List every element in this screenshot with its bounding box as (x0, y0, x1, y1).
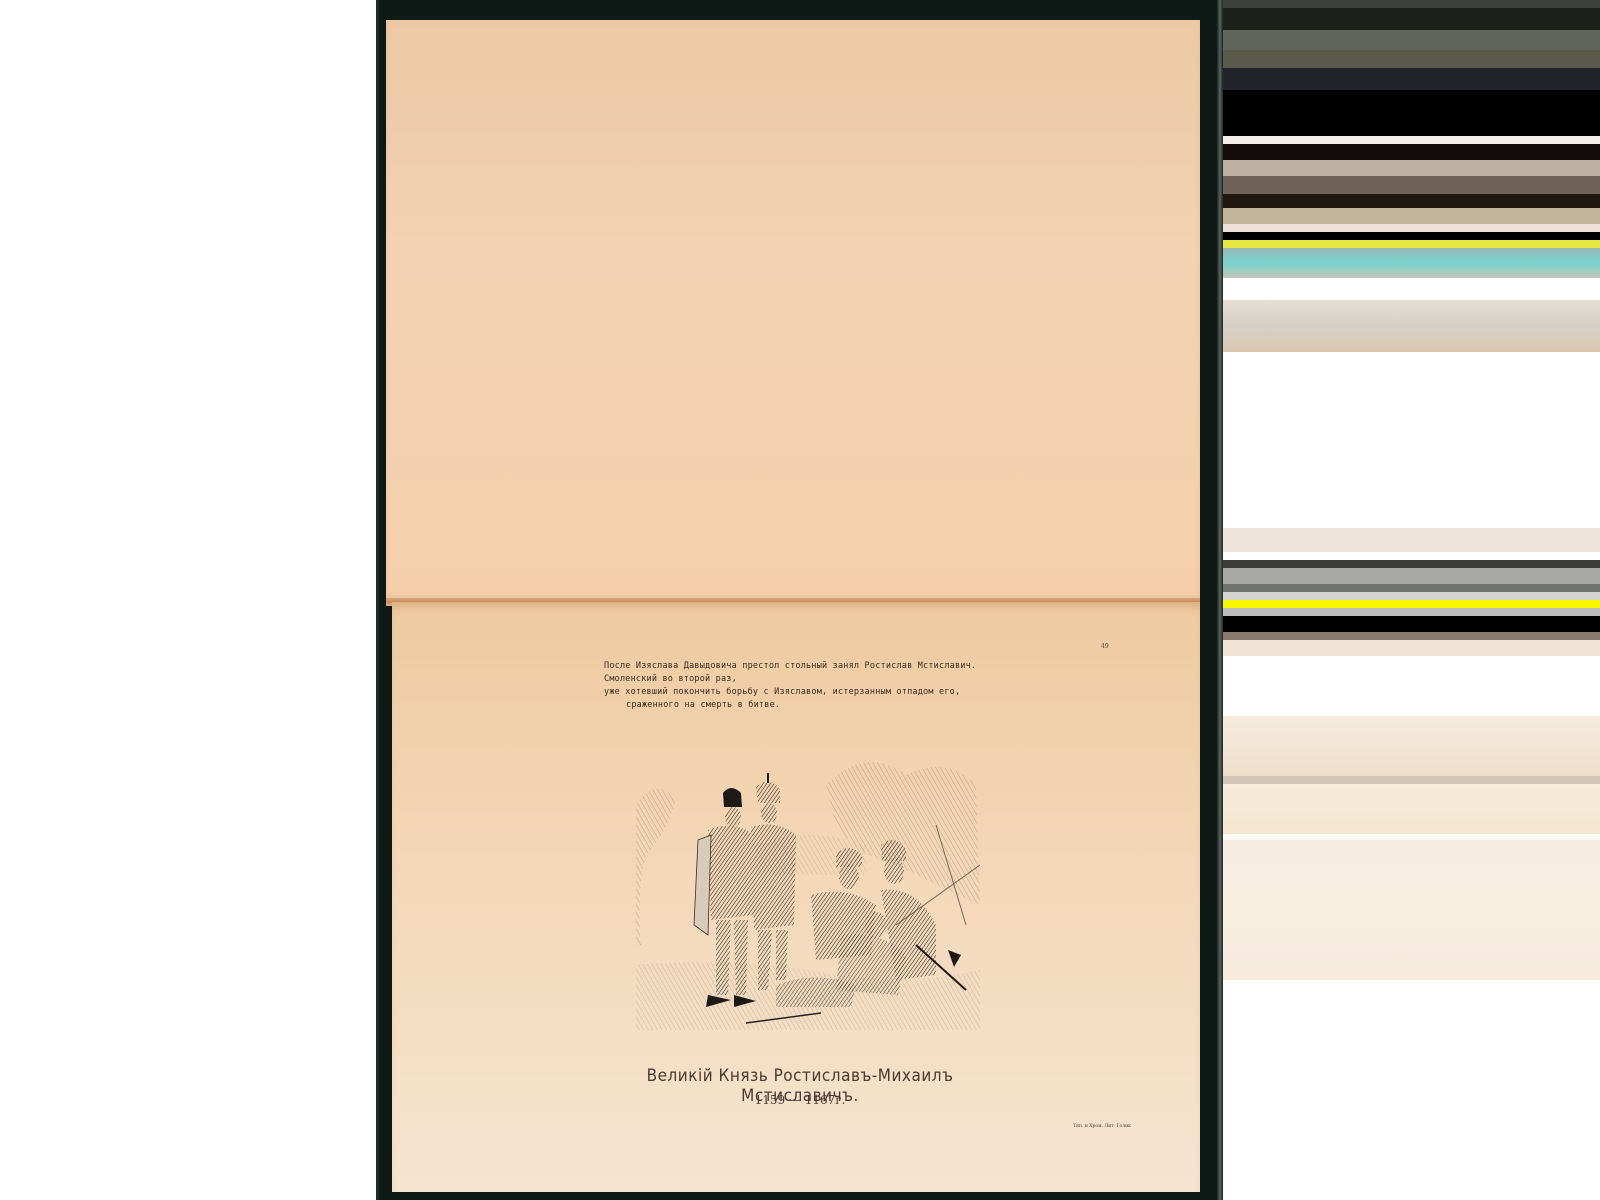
caption-line: После Изяслава Давыдовича престол стольн… (604, 660, 1024, 686)
caption-line: уже хотевший покончить борьбу с Изяславо… (604, 686, 1024, 699)
standing-warrior-figure (751, 773, 796, 990)
printer-credit: Тип. и Хром. Лит. Голик (1073, 1124, 1131, 1129)
reign-years: 1159 — 1167г. (600, 1093, 1000, 1107)
engraving-illustration (636, 745, 980, 1030)
page-caption: После Изяслава Давыдовича престол стольн… (604, 660, 1024, 712)
upper-page (386, 20, 1200, 602)
background-artifacts (1215, 0, 1600, 1200)
page-number: 49 (1101, 643, 1109, 650)
caption-line: сраженного на смерть в битве. (604, 699, 1024, 712)
